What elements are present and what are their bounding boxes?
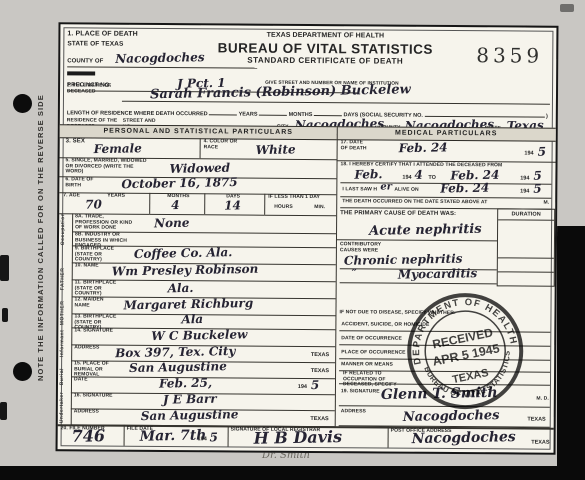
race-label: 4. COLOR OR RACE [204, 139, 238, 150]
punch-hole-top [13, 94, 32, 113]
hours-label: HOURS [274, 205, 293, 211]
duration-label: DURATION [498, 211, 554, 221]
last-saw-value: Feb. 24 [440, 181, 489, 196]
date-of-occurrence-label: DATE OF OCCURRENCE [341, 336, 402, 342]
blank-line [314, 107, 342, 116]
birthplace-value: Coffee Co. Ala. [134, 245, 233, 261]
year-prefix: 194 [298, 384, 307, 390]
full-name-field: Sarah Francis (Robinson) Buckelew [122, 84, 550, 105]
trade-value: None [154, 216, 190, 231]
father-name-value: Wm Presley Robinson [112, 262, 259, 279]
last-saw-hw: er [380, 181, 392, 192]
file-date-value: Mar. 7th [139, 427, 206, 444]
certificate-title: STANDARD CERTIFICATE OF DEATH [210, 56, 440, 67]
undertaker-section-tab: Undertaker [59, 393, 70, 423]
year-prefix: 194 [520, 175, 529, 181]
physician-address-label: ADDRESS [341, 409, 366, 415]
mother-birthplace-value: Ala [181, 312, 203, 326]
full-name-value: Sarah Francis (Robinson) Buckelew [150, 82, 411, 102]
duration-row-line [498, 257, 554, 258]
sex-label: 3. SEX [66, 138, 85, 145]
duration-box: DURATION [497, 208, 556, 286]
film-speck [0, 255, 9, 281]
file-number-cell: 20. FILE NUMBER 746 [58, 424, 124, 445]
birthplace-label: 9. BIRTHPLACE (STATE OR COUNTRY) [75, 246, 119, 263]
registrar-signature-cell: SIGNATURE OF LOCAL REGISTRAR H B Davis [228, 425, 388, 447]
film-speck [560, 4, 574, 12]
informant-address-value: Box 397, Tex. City [115, 344, 235, 360]
father-name-label: 10. NAME [75, 263, 99, 269]
blank-line [424, 108, 544, 118]
date-of-death-label: 17. DATE OF DEATH [341, 140, 371, 151]
ditto-mark: ″ [352, 266, 358, 280]
to-label: TO [428, 175, 436, 181]
informant-signature-value: W C Buckelew [151, 327, 247, 343]
burial-section-tab: Burial [59, 361, 70, 391]
attended-from-value: Feb. [354, 167, 382, 182]
received-stamp: DEPARTMENT OF HEALTH BUREAU OF VITAL STA… [394, 280, 536, 422]
sex-value: Female [93, 141, 141, 156]
last-saw-pre-label: I LAST SAW H [342, 187, 377, 193]
undertaker-signature-value: J E Barr [163, 392, 217, 407]
undertaker-address-label: ADDRESS [74, 409, 99, 415]
texas-suffix: TEXAS [531, 440, 549, 446]
burial-date-label: DATE [74, 377, 88, 383]
file-number-value: 746 [71, 426, 105, 446]
informant-address-label: ADDRESS [74, 345, 99, 351]
dept-of-health-title: TEXAS DEPARTMENT OF HEALTH [210, 31, 440, 40]
date-of-death-year: 5 [537, 145, 546, 159]
physician-signature-label: 19. SIGNATURE [341, 389, 380, 395]
stamp-texas-text: TEXAS [451, 367, 489, 386]
registrar-signature-value: H B Davis [253, 427, 342, 448]
primary-cause-label: THE PRIMARY CAUSE OF DEATH WAS: [340, 210, 456, 218]
film-speck [2, 308, 8, 322]
if-less-label: IF LESS THAN 1 DAY [268, 195, 320, 201]
age-days-value: 14 [224, 198, 241, 212]
state-of-texas-label: STATE OF TEXAS [67, 40, 123, 48]
post-office-value: Nacogdoches [411, 429, 515, 447]
age-months-value: 4 [171, 198, 180, 212]
county-of-label: COUNTY OF [67, 58, 103, 65]
min-label: MIN. [314, 205, 325, 211]
full-name-label: 2. FULL NAME OF DECEASED [67, 83, 122, 95]
burial-place-value: San Augustine [129, 359, 227, 375]
contributory-2-value: Myocarditis [398, 266, 478, 282]
mother-name-label: 12. MAIDEN NAME [75, 297, 105, 308]
mother-name-value: Margaret Richburg [123, 296, 253, 312]
blank-line [209, 106, 237, 115]
texas-suffix: TEXAS [311, 352, 329, 358]
blank-line [259, 107, 287, 116]
place-of-death-label: 1. PLACE OF DEATH [67, 30, 137, 38]
father-birthplace-value: Ala. [168, 281, 194, 295]
place-of-occurrence-label: PLACE OF OCCURRENCE [341, 350, 405, 356]
microfilm-scan: NOTE THE INFORMATION CALLED FOR ON THE R… [0, 0, 585, 480]
age-label: 7. AGE [63, 193, 80, 199]
reverse-side-note: NOTE THE INFORMATION CALLED FOR ON THE R… [36, 68, 45, 408]
date-of-death-field: 17. DATE OF DEATH Feb. 24 194 5 [337, 139, 556, 163]
m-suffix: M. [543, 201, 549, 207]
date-of-birth-value: October 16, 1875 [121, 175, 238, 191]
trade-label: 8A. TRADE, PROFESSION OR KIND OF WORK DO… [75, 214, 133, 231]
age-years-value: 70 [85, 197, 102, 211]
if-less-than-day-field: IF LESS THAN 1 DAY HOURS MIN. [264, 194, 336, 217]
bureau-title: BUREAU OF VITAL STATISTICS [200, 40, 450, 57]
mother-section-tab: MOTHER [59, 297, 70, 328]
marital-value: Widowed [169, 161, 230, 176]
year-prefix: 194 [198, 436, 207, 442]
age-years-field: 7. AGE YEARS 70 [59, 192, 149, 215]
age-years-label: YEARS [107, 194, 125, 200]
year-prefix: 194 [520, 188, 529, 194]
texas-suffix: TEXAS [311, 368, 329, 374]
film-right-band [557, 226, 585, 480]
death-certificate: 1. PLACE OF DEATH STATE OF TEXAS COUNTY … [56, 22, 559, 454]
film-speck [0, 402, 7, 420]
father-section-tab: FATHER [60, 263, 71, 295]
md-suffix: M. D. [536, 397, 548, 403]
date-of-death-value: Feb. 24 [399, 140, 448, 155]
duration-row-line [498, 271, 554, 272]
informant-signature-label: 14. SIGNATURE [74, 328, 113, 334]
burial-date-year: 5 [310, 378, 319, 392]
year-prefix: 194 [402, 175, 411, 181]
year-prefix: 194 [524, 151, 533, 157]
informant-section-tab: Informant [59, 328, 70, 359]
death-occurred-label: THE DEATH OCCURRED ON THE DATE STATED AB… [342, 199, 487, 206]
post-office-cell: POST OFFICE ADDRESS Nacogdoches TEXAS [388, 427, 554, 449]
age-months-field: MONTHS 4 [149, 193, 204, 215]
race-value: White [255, 142, 295, 157]
undertaker-signature-label: 16. SIGNATURE [74, 393, 113, 399]
race-field: 4. COLOR OR RACE White [200, 138, 337, 160]
contributory-cause-2: ″ Myocarditis [340, 268, 497, 284]
burial-date-value: Feb. 25, [159, 376, 212, 391]
last-saw-post-label: ALIVE ON [394, 188, 418, 194]
texas-suffix: TEXAS [527, 417, 545, 423]
manner-or-means-label: MANNER OR MEANS [341, 362, 393, 368]
contributory-1-value: Chronic nephritis [344, 252, 463, 268]
age-days-field: DAYS 14 [204, 193, 264, 215]
sex-field: 3. SEX Female [60, 137, 200, 159]
film-bottom-band [0, 466, 585, 480]
occupation-section-tab: Occupation [60, 214, 71, 245]
date-of-birth-label: 6. DATE OF BIRTH [65, 177, 95, 188]
county-value: Nacogdoches [115, 50, 205, 66]
file-date-cell: FILE DATE Mar. 7th 194 5 [124, 425, 228, 447]
punch-hole-bottom [13, 362, 32, 381]
attended-from-year: 4 [414, 168, 423, 182]
marital-label: 5. SINGLE, MARRIED, WIDOWED OR DIVORCED … [65, 158, 151, 175]
father-birthplace-label: 11. BIRTHPLACE (STATE OR COUNTRY) [75, 280, 119, 297]
file-date-year: 5 [209, 430, 218, 444]
last-saw-year: 5 [533, 182, 542, 196]
certificate-serial-number: 8359 [476, 43, 543, 67]
struck-out-word [67, 71, 95, 75]
undertaker-address-value: San Augustine [141, 407, 239, 423]
texas-suffix: TEXAS [310, 416, 328, 422]
primary-cause-value: Acute nephritis [369, 222, 482, 239]
